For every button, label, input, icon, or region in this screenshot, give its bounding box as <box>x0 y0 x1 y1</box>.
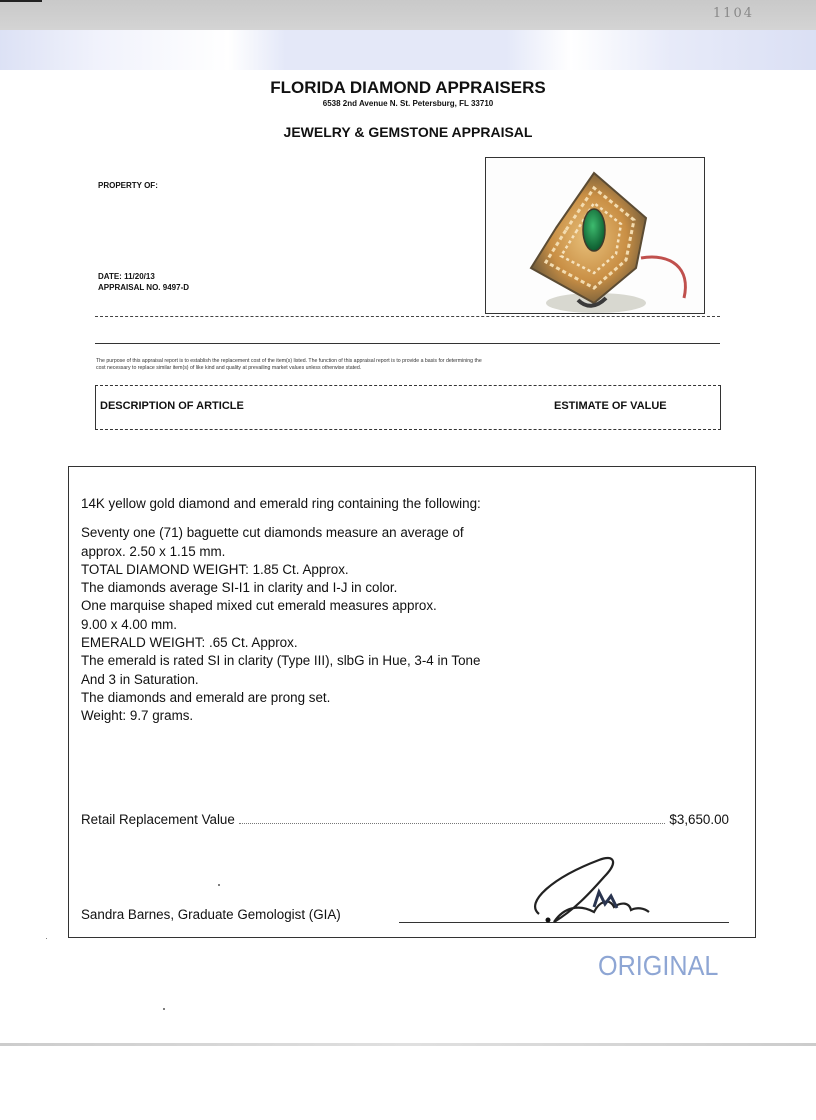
divider-upper <box>95 316 720 317</box>
scan-bottom-edge <box>0 1043 816 1046</box>
original-stamp: ORIGINAL <box>598 950 718 982</box>
estimate-column-header: ESTIMATE OF VALUE <box>554 400 667 412</box>
table-header-box: DESCRIPTION OF ARTICLE ESTIMATE OF VALUE <box>95 385 721 430</box>
divider-lower <box>95 343 720 344</box>
description-line: EMERALD WEIGHT: .65 Ct. Approx. <box>81 634 481 652</box>
description-line: TOTAL DIAMOND WEIGHT: 1.85 Ct. Approx. <box>81 561 481 579</box>
scan-speck <box>163 1008 165 1010</box>
company-name: FLORIDA DIAMOND APPRAISERS <box>0 78 816 98</box>
disclaimer-line-1: The purpose of this appraisal report is … <box>96 358 716 365</box>
appraiser-name: Sandra Barnes, Graduate Gemologist (GIA) <box>81 907 341 922</box>
scan-corner-mark <box>0 0 42 2</box>
appraisal-number-value: 9497-D <box>163 283 189 292</box>
replacement-value-label: Retail Replacement Value <box>81 812 235 827</box>
ring-image-icon <box>486 158 704 313</box>
description-text: 14K yellow gold diamond and emerald ring… <box>81 495 481 726</box>
replacement-value-amount: $3,650.00 <box>669 812 729 827</box>
disclaimer-text: The purpose of this appraisal report is … <box>96 358 716 372</box>
leader-dots <box>239 822 666 824</box>
description-line: And 3 in Saturation. <box>81 671 481 689</box>
signature-scribble-icon <box>519 852 669 932</box>
description-line: Weight: 9.7 grams. <box>81 707 481 725</box>
scan-top-edge <box>0 0 816 30</box>
description-intro: 14K yellow gold diamond and emerald ring… <box>81 495 481 513</box>
description-line: One marquise shaped mixed cut emerald me… <box>81 597 481 615</box>
appraisal-number-label: APPRAISAL NO. <box>98 283 161 292</box>
date-label: DATE: <box>98 272 122 281</box>
description-box: 14K yellow gold diamond and emerald ring… <box>68 466 756 938</box>
company-address: 6538 2nd Avenue N. St. Petersburg, FL 33… <box>0 99 816 108</box>
appraisal-number-field: APPRAISAL NO. 9497-D <box>98 283 189 292</box>
scan-speck <box>218 884 220 886</box>
description-line: approx. 2.50 x 1.15 mm. <box>81 543 481 561</box>
ring-photo <box>485 157 705 314</box>
disclaimer-line-2: cost necessary to replace similar item(s… <box>96 365 716 372</box>
replacement-value-row: Retail Replacement Value $3,650.00 <box>81 812 729 827</box>
property-of-label: PROPERTY OF: <box>98 181 158 190</box>
description-line: Seventy one (71) baguette cut diamonds m… <box>81 524 481 542</box>
date-value: 11/20/13 <box>124 272 155 281</box>
description-column-header: DESCRIPTION OF ARTICLE <box>100 400 244 412</box>
description-line: The emerald is rated SI in clarity (Type… <box>81 652 481 670</box>
document-title: JEWELRY & GEMSTONE APPRAISAL <box>0 124 816 140</box>
scan-tint-band <box>0 30 816 70</box>
scan-speck <box>46 938 47 939</box>
date-field: DATE: 11/20/13 <box>98 272 155 281</box>
description-line: The diamonds and emerald are prong set. <box>81 689 481 707</box>
description-line: 9.00 x 4.00 mm. <box>81 616 481 634</box>
handwritten-page-number: 1104 <box>713 6 754 21</box>
description-line: The diamonds average SI-I1 in clarity an… <box>81 579 481 597</box>
